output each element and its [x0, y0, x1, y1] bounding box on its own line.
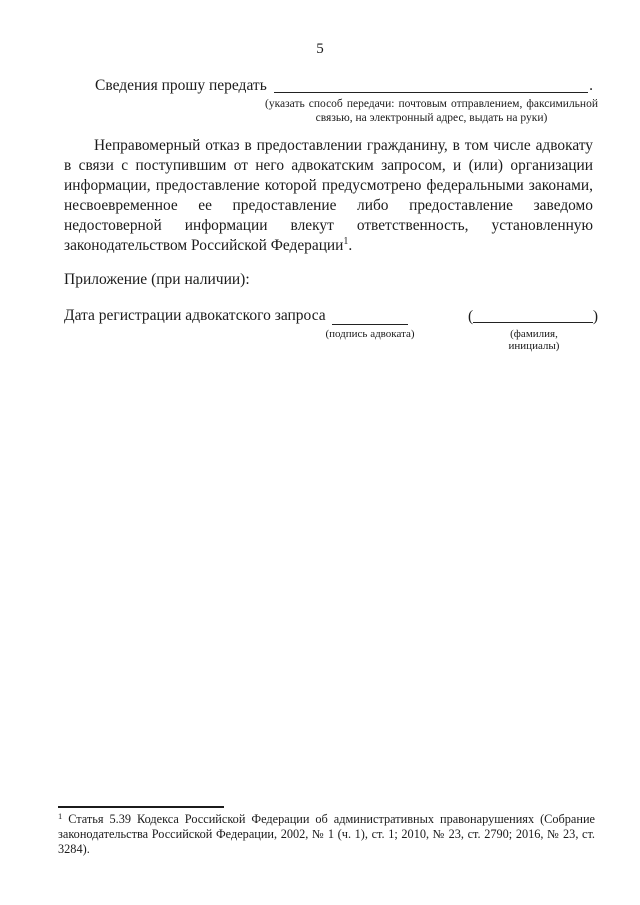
transmit-caption-line2: связью, на электронный адрес, выдать на …: [265, 111, 598, 125]
signature-blank: [332, 307, 408, 325]
document-page: 5 Сведения прошу передать . (указать спо…: [0, 0, 640, 905]
transmit-caption-line1: (указать способ передачи: почтовым отпра…: [265, 97, 598, 111]
registration-date-label: Дата регистрации адвокатского запроса: [64, 307, 326, 325]
footnote-block: 1 Статья 5.39 Кодекса Российской Федерац…: [58, 806, 595, 857]
name-paren-close: ): [593, 307, 598, 326]
page-number: 5: [0, 41, 640, 58]
footnote-divider: [58, 806, 224, 808]
liability-paragraph-text: Неправомерный отказ в предоставлении гра…: [64, 137, 593, 254]
name-paren-open: (: [468, 307, 473, 326]
transmit-method-blank: [274, 89, 588, 93]
attachment-label: Приложение (при наличии):: [64, 271, 250, 289]
signature-caption: (подпись адвоката): [314, 328, 426, 340]
footnote-text: 1 Статья 5.39 Кодекса Российской Федерац…: [58, 812, 595, 857]
liability-paragraph: Неправомерный отказ в предоставлении гра…: [64, 136, 593, 256]
transmit-method-line: Сведения прошу передать .: [95, 77, 593, 95]
footnote-ref-marker: 1: [343, 236, 348, 247]
transmit-method-label: Сведения прошу передать: [95, 77, 267, 95]
transmit-method-caption: (указать способ передачи: почтовым отпра…: [265, 97, 598, 125]
footnote-body: Статья 5.39 Кодекса Российской Федерации…: [58, 812, 595, 856]
transmit-method-period: .: [589, 77, 593, 95]
liability-paragraph-period: .: [348, 237, 352, 254]
name-caption: (фамилия, инициалы): [484, 328, 584, 352]
registration-row: Дата регистрации адвокатского запроса (п…: [64, 307, 598, 349]
footnote-number: 1: [58, 811, 62, 821]
name-field-group: ( ): [468, 307, 598, 326]
name-blank: [473, 319, 593, 323]
